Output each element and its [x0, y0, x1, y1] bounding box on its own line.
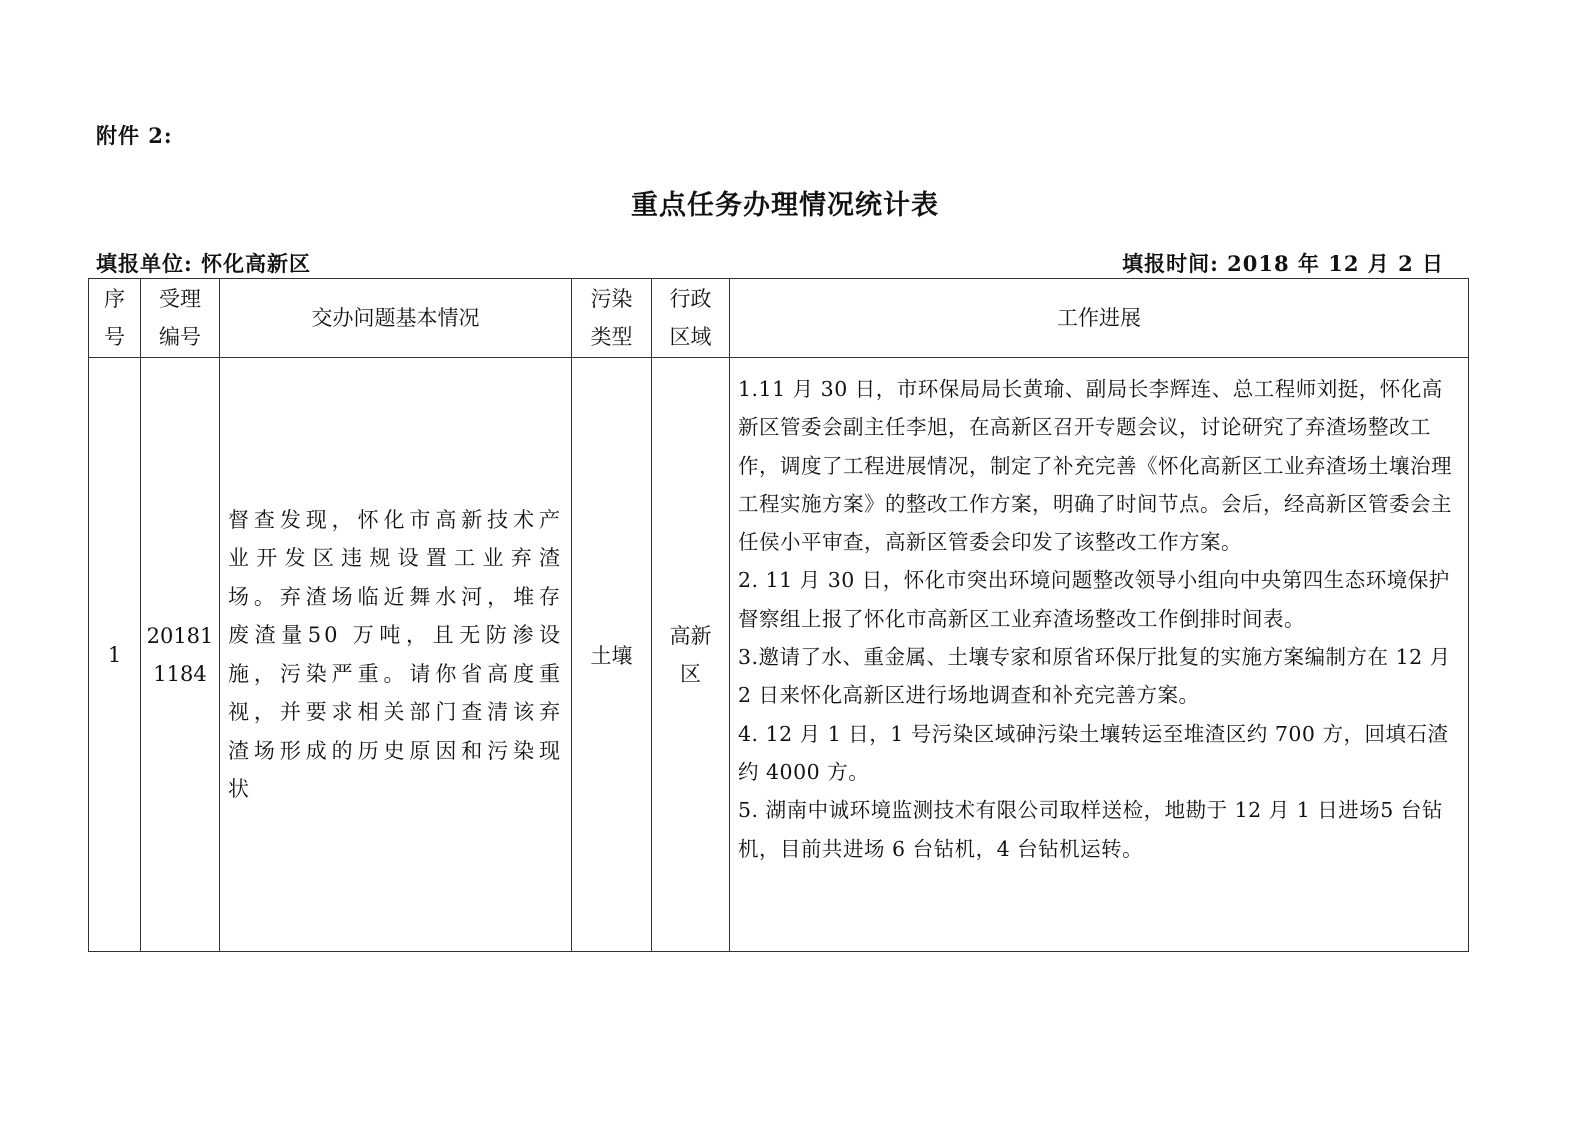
progress-item-1: 1.11 月 30 日，市环保局局长黄瑜、副局长李辉连、总工程师刘挺，怀化高新区…	[738, 370, 1460, 561]
cell-region: 高新区	[652, 358, 730, 952]
table-header-row: 序号 受理编号 交办问题基本情况 污染类型 行政区域 工作进展	[89, 279, 1469, 358]
fill-unit: 填报单位: 怀化高新区	[96, 248, 311, 278]
header-type-line2: 类型	[591, 325, 633, 349]
attachment-label: 附件 2:	[96, 120, 173, 150]
document-title: 重点任务办理情况统计表	[0, 183, 1570, 222]
cell-pollution-type: 土壤	[572, 358, 652, 952]
progress-item-5: 5. 湖南中诚环境监测技术有限公司取样送检，地勘于 12 月 1 日进场5 台钻…	[738, 791, 1460, 868]
progress-item-3: 3.邀请了水、重金属、土壤专家和原省环保厅批复的实施方案编制方在 12 月 2 …	[738, 638, 1460, 715]
header-type-line1: 污染	[591, 287, 633, 311]
header-seq-line2: 号	[104, 325, 125, 349]
header-id: 受理编号	[141, 279, 220, 358]
header-id-line2: 编号	[159, 325, 201, 349]
table-row: 1 201811184 督查发现，怀化市高新技术产业开发区违规设置工业弃渣场。弃…	[89, 358, 1469, 952]
header-region-line2: 区域	[670, 325, 712, 349]
header-progress: 工作进展	[730, 279, 1469, 358]
header-region: 行政区域	[652, 279, 730, 358]
cell-seq: 1	[89, 358, 141, 952]
header-seq: 序号	[89, 279, 141, 358]
progress-item-2: 2. 11 月 30 日，怀化市突出环境问题整改领导小组向中央第四生态环境保护督…	[738, 561, 1460, 638]
cell-id-line2: 1184	[153, 662, 206, 686]
cell-progress: 1.11 月 30 日，市环保局局长黄瑜、副局长李辉连、总工程师刘挺，怀化高新区…	[730, 358, 1469, 952]
progress-item-4: 4. 12 月 1 日，1 号污染区域砷污染土壤转运至堆渣区约 700 方，回填…	[738, 715, 1460, 792]
fill-time: 填报时间: 2018 年 12 月 2 日	[1122, 248, 1444, 278]
header-id-line1: 受理	[159, 287, 201, 311]
cell-id-line1: 20181	[147, 624, 214, 648]
header-seq-line1: 序	[104, 287, 125, 311]
header-issue: 交办问题基本情况	[220, 279, 572, 358]
header-region-line1: 行政	[670, 287, 712, 311]
header-type: 污染类型	[572, 279, 652, 358]
cell-id: 201811184	[141, 358, 220, 952]
task-status-table: 序号 受理编号 交办问题基本情况 污染类型 行政区域 工作进展 1 201811…	[88, 278, 1469, 952]
cell-region-line2: 区	[680, 662, 701, 686]
cell-region-line1: 高新	[670, 624, 712, 648]
cell-issue: 督查发现，怀化市高新技术产业开发区违规设置工业弃渣场。弃渣场临近舞水河，堆存废渣…	[220, 358, 572, 952]
